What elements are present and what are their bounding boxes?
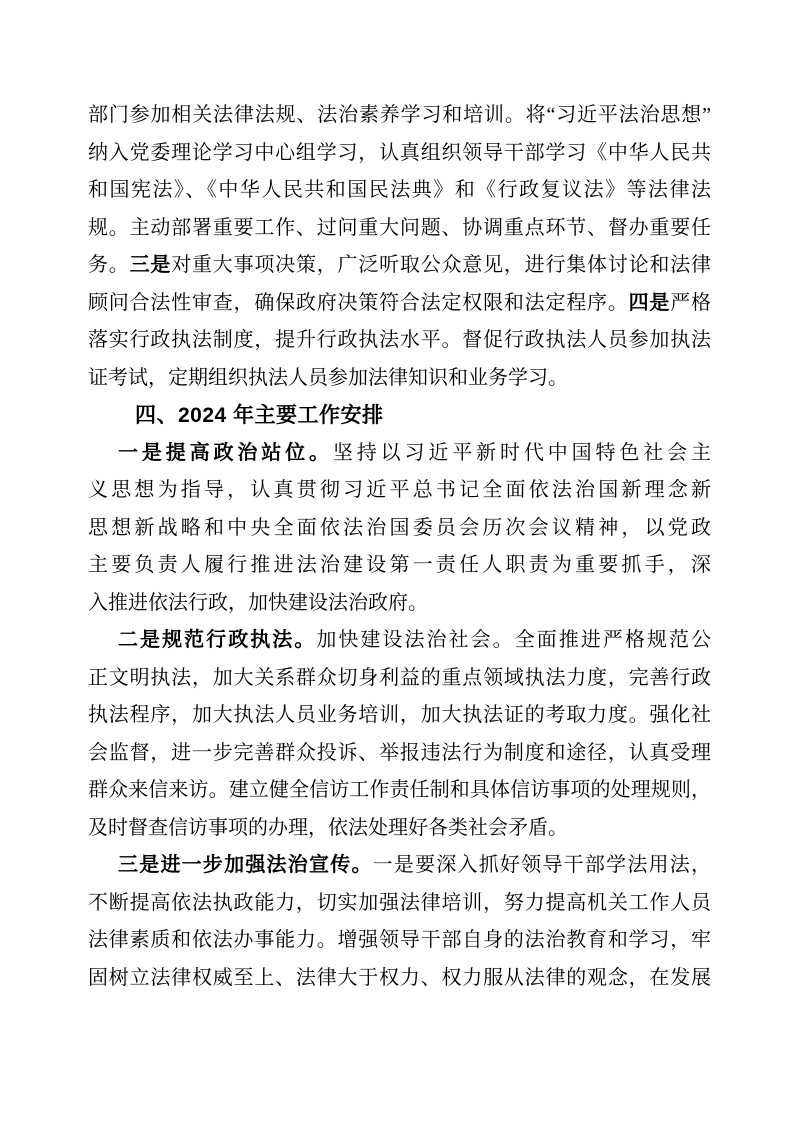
doc-line: 正文明执法，加大关系群众切身利益的重点领域执法力度，完善行政: [88, 660, 711, 698]
text-run: 会监督，进一步完善群众投诉、举报违法行为制度和途径，认真受理: [88, 742, 711, 764]
doc-line: 规。主动部署重要工作、过问重大问题、协调重点环节、督办重要任: [88, 210, 711, 248]
text-run: 纳入党委理论学习中心组学习，认真组织领导干部学习《中华人民共: [88, 142, 711, 164]
doc-line: 固树立法律权威至上、法律大于权力、权力服从法律的观念，在发展: [88, 960, 711, 998]
text-run: 法律素质和依法办事能力。增强领导干部自身的法治教育和学习，牢: [88, 929, 711, 951]
doc-line: 和国宪法》、《中华人民共和国民法典》和《行政复议法》等法律法: [88, 172, 711, 210]
doc-line: 落实行政执法制度，提升行政执法水平。督促行政执法人员参加执法: [88, 322, 711, 360]
text-run: 固树立法律权威至上、法律大于权力、权力服从法律的观念，在发展: [88, 967, 711, 989]
text-run: 对重大事项决策，广泛听取公众意见，进行集体讨论和法律: [171, 254, 711, 276]
doc-line: 法律素质和依法办事能力。增强领导干部自身的法治教育和学习，牢: [88, 922, 711, 960]
bold-run: 二是规范行政执法。: [118, 629, 316, 651]
text-run: 规。主动部署重要工作、过问重大问题、协调重点环节、督办重要任: [88, 217, 711, 239]
doc-line: 不断提高依法执政能力，切实加强法律培训，努力提高机关工作人员: [88, 885, 711, 923]
text-run: 思想新战略和中央全面依法治国委员会历次会议精神，以党政: [88, 517, 711, 539]
text-run: 严格: [670, 292, 711, 314]
bold-run: 四、2024 年主要工作安排: [135, 404, 384, 427]
doc-line: 三是进一步加强法治宣传。一是要深入抓好领导干部学法用法，: [88, 847, 711, 885]
doc-line: 顾问合法性审查，确保政府决策符合法定权限和法定程序。四是严格: [88, 285, 711, 323]
doc-line: 入推进依法行政，加快建设法治政府。: [88, 585, 711, 623]
bold-run: 一是提高政治站位。: [118, 442, 333, 464]
text-run: 顾问合法性审查，确保政府决策符合法定权限和法定程序。: [88, 292, 629, 314]
doc-line: 执法程序，加大执法人员业务培训，加大执法证的考取力度。强化社: [88, 697, 711, 735]
bold-run: 三是: [130, 254, 172, 276]
doc-line: 会监督，进一步完善群众投诉、举报违法行为制度和途径，认真受理: [88, 735, 711, 773]
doc-line: 主要负责人履行推进法治建设第一责任人职责为重要抓手，深: [88, 547, 711, 585]
text-run: 不断提高依法执政能力，切实加强法律培训，努力提高机关工作人员: [88, 892, 711, 914]
doc-line: 纳入党委理论学习中心组学习，认真组织领导干部学习《中华人民共: [88, 135, 711, 173]
doc-line: 及时督查信访事项的办理，依法处理好各类社会矛盾。: [88, 810, 711, 848]
text-run: 及时督查信访事项的办理，依法处理好各类社会矛盾。: [88, 817, 568, 839]
text-run: 主要负责人履行推进法治建设第一责任人职责为重要抓手，深: [88, 554, 711, 576]
text-run: 务。: [88, 254, 130, 276]
document-body: 部门参加相关法律法规、法治素养学习和培训。将“习近平法治思想”纳入党委理论学习中…: [88, 97, 711, 997]
bold-run: 四是: [629, 292, 671, 314]
text-run: 一是要深入抓好领导干部学法用法，: [373, 854, 711, 876]
doc-line: 义思想为指导，认真贯彻习近平总书记全面依法治国新理念新: [88, 472, 711, 510]
text-run: 落实行政执法制度，提升行政执法水平。督促行政执法人员参加执法: [88, 329, 711, 351]
doc-line: 二是规范行政执法。加快建设法治社会。全面推进严格规范公: [88, 622, 711, 660]
text-run: 入推进依法行政，加快建设法治政府。: [88, 592, 428, 614]
doc-line: 思想新战略和中央全面依法治国委员会历次会议精神，以党政: [88, 510, 711, 548]
text-run: 证考试，定期组织执法人员参加法律知识和业务学习。: [88, 367, 568, 389]
text-run: 执法程序，加大执法人员业务培训，加大执法证的考取力度。强化社: [88, 704, 711, 726]
doc-line: 务。三是对重大事项决策，广泛听取公众意见，进行集体讨论和法律: [88, 247, 711, 285]
section-heading: 四、2024 年主要工作安排: [88, 397, 711, 435]
doc-line: 一是提高政治站位。坚持以习近平新时代中国特色社会主: [88, 435, 711, 473]
text-run: 义思想为指导，认真贯彻习近平总书记全面依法治国新理念新: [88, 479, 711, 501]
text-run: 群众来信来访。建立健全信访工作责任制和具体信访事项的处理规则，: [88, 779, 711, 801]
text-run: 坚持以习近平新时代中国特色社会主: [333, 442, 711, 464]
bold-run: 三是进一步加强法治宣传。: [118, 854, 373, 876]
text-run: 部门参加相关法律法规、法治素养学习和培训。将“习近平法治思想”: [88, 104, 711, 126]
text-run: 正文明执法，加大关系群众切身利益的重点领域执法力度，完善行政: [88, 667, 711, 689]
text-run: 加快建设法治社会。全面推进严格规范公: [316, 629, 711, 651]
doc-line: 部门参加相关法律法规、法治素养学习和培训。将“习近平法治思想”: [88, 97, 711, 135]
doc-line: 群众来信来访。建立健全信访工作责任制和具体信访事项的处理规则，: [88, 772, 711, 810]
text-run: 和国宪法》、《中华人民共和国民法典》和《行政复议法》等法律法: [88, 179, 711, 201]
doc-line: 证考试，定期组织执法人员参加法律知识和业务学习。: [88, 360, 711, 398]
document-page: 部门参加相关法律法规、法治素养学习和培训。将“习近平法治思想”纳入党委理论学习中…: [0, 0, 793, 1122]
